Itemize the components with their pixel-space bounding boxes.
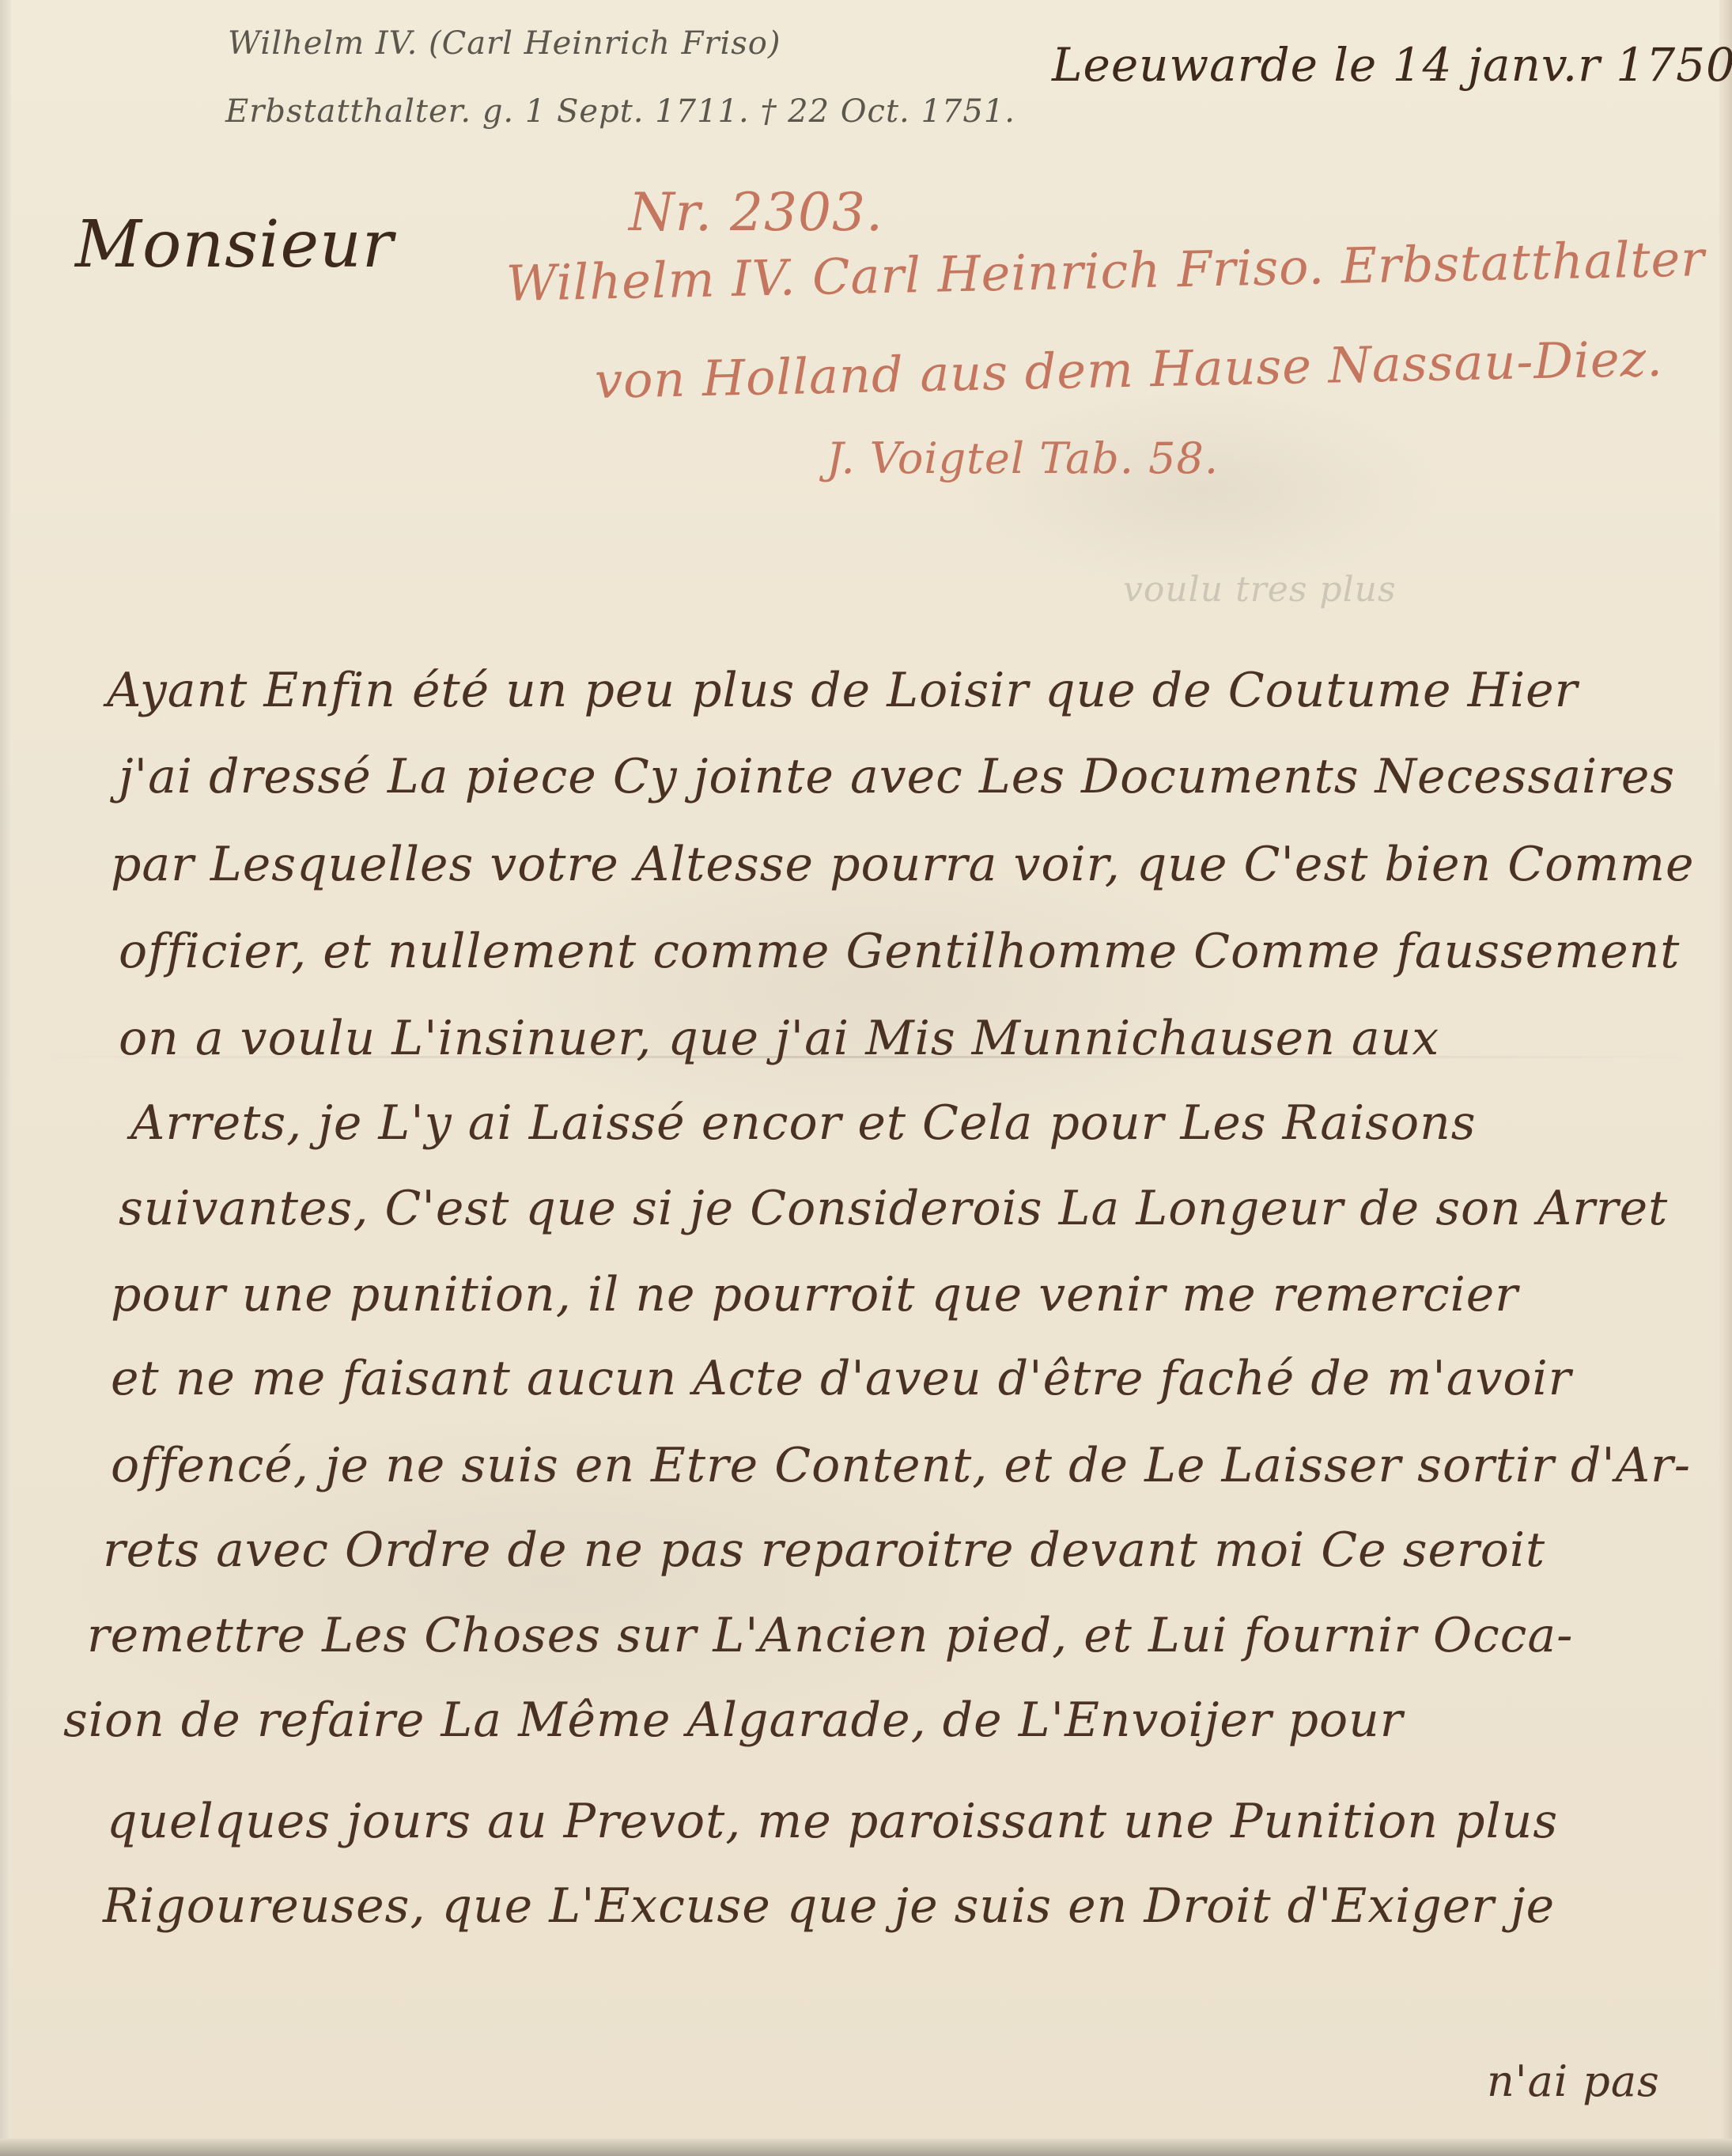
body-line: officier, et nullement comme Gentilhomme… xyxy=(119,924,1680,979)
body-line: Arrets, je L'y ai Laissé encor et Cela p… xyxy=(130,1095,1477,1151)
body-line: quelques jours au Prevot, me paroissant … xyxy=(107,1794,1558,1849)
body-line: rets avec Ordre de ne pas reparoitre dev… xyxy=(103,1522,1545,1578)
body-line: suivantes, C'est que si je Considerois L… xyxy=(119,1181,1668,1236)
page-right-edge xyxy=(1719,0,1732,2156)
body-line: et ne me faisant aucun Acte d'aveu d'êtr… xyxy=(111,1351,1571,1406)
salutation: Monsieur xyxy=(75,207,394,282)
catchword: n'ai pas xyxy=(1487,2056,1660,2106)
body-line: on a voulu L'insinuer, que j'ai Mis Munn… xyxy=(119,1011,1439,1066)
show-through-text: voulu tres plus xyxy=(1123,569,1397,610)
body-line: offencé, je ne suis en Etre Content, et … xyxy=(111,1438,1691,1493)
archive-number: Nr. 2303. xyxy=(629,182,883,243)
body-line: Rigoureuses, que L'Excuse que je suis en… xyxy=(103,1878,1555,1934)
body-line: remettre Les Choses sur L'Ancien pied, e… xyxy=(87,1608,1573,1663)
place-date: Leeuwarde le 14 janv.r 1750 xyxy=(1052,38,1732,92)
pencil-annotation-dates: Erbstatthalter. g. 1 Sept. 1711. † 22 Oc… xyxy=(225,93,1015,130)
pencil-annotation-name: Wilhelm IV. (Carl Heinrich Friso) xyxy=(228,25,781,62)
page-left-edge xyxy=(0,0,11,2156)
body-line: j'ai dressé La piece Cy jointe avec Les … xyxy=(119,749,1675,804)
body-line: sion de refaire La Même Algarade, de L'E… xyxy=(63,1693,1403,1748)
page-bottom-edge xyxy=(0,2139,1732,2156)
archive-note-line-3: J. Voigtel Tab. 58. xyxy=(826,433,1219,483)
body-line: par Lesquelles votre Altesse pourra voir… xyxy=(111,837,1695,892)
body-line: Ayant Enfin été un peu plus de Loisir qu… xyxy=(107,663,1578,718)
body-line: pour une punition, il ne pourroit que ve… xyxy=(111,1267,1518,1322)
